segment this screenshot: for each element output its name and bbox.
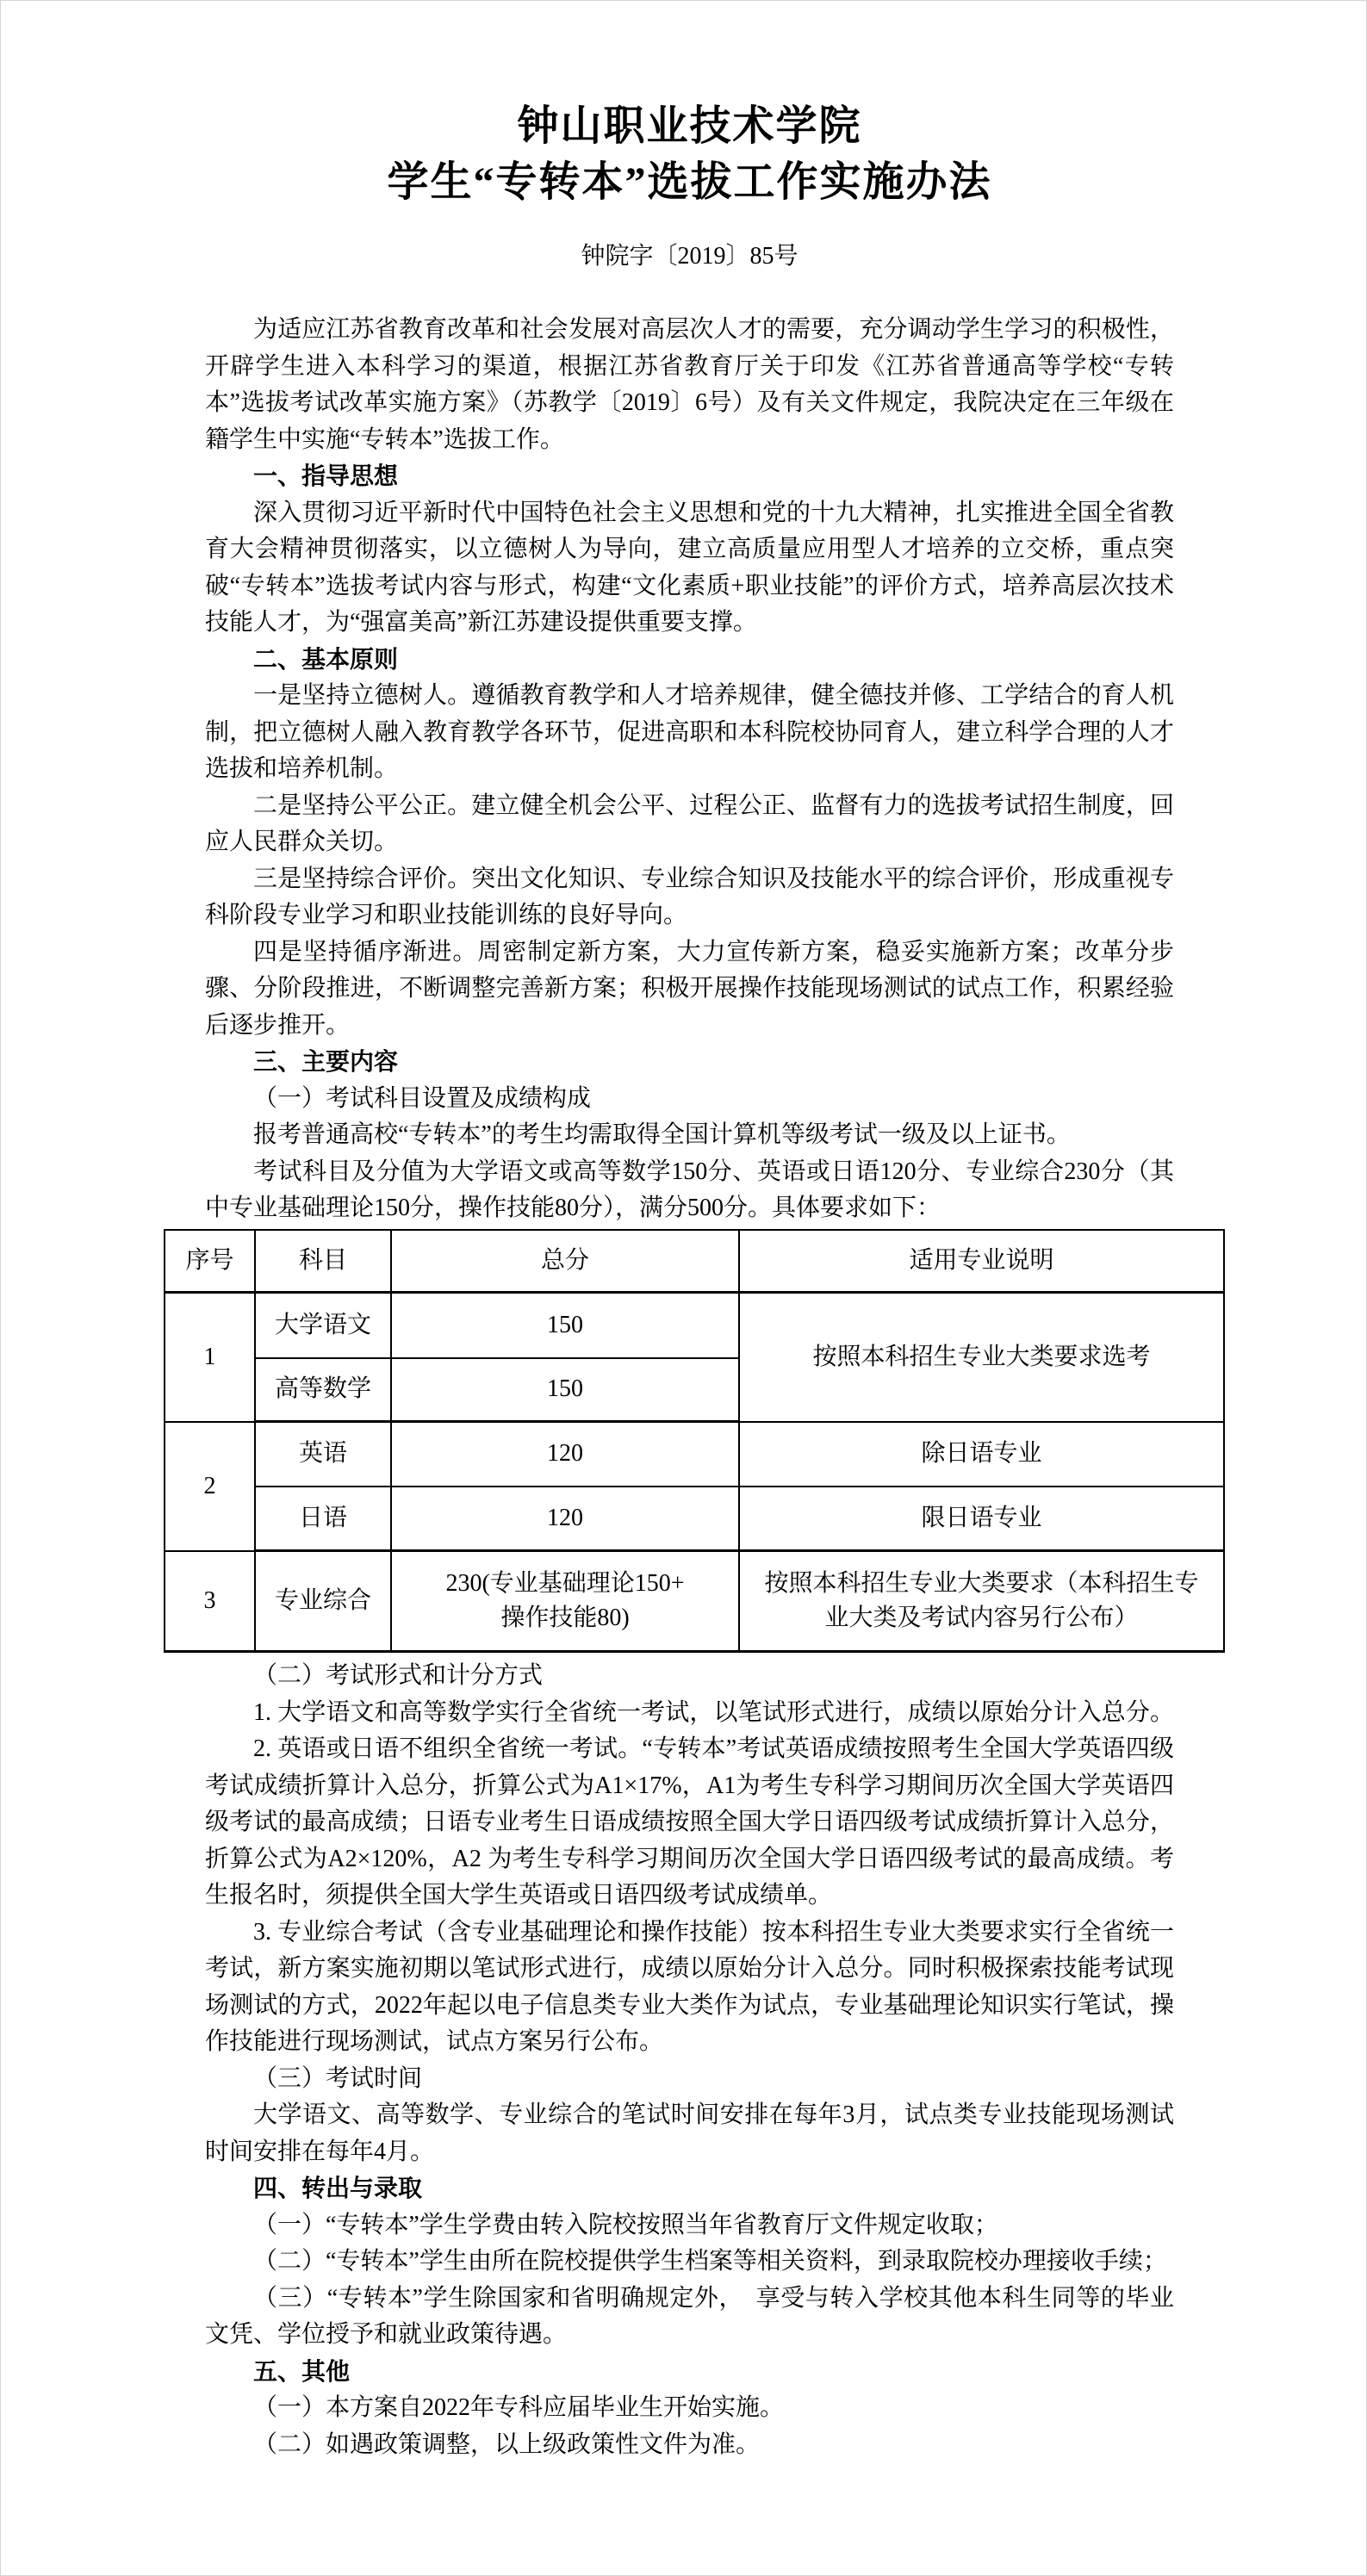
row1-subject-chinese: 大学语文 [255,1293,391,1358]
section-3-heading: 三、主要内容 [205,1044,1174,1081]
principle-4: 四是坚持循序渐进。周密制定新方案，大力宣传新方案，稳妥实施新方案；改革分步骤、分… [205,934,1174,1045]
row2-score-japanese: 120 [391,1487,739,1551]
other-item-1: （一）本方案自2022年专科应届毕业生开始实施。 [205,2390,1174,2427]
col-header-subject: 科目 [255,1230,391,1293]
document-content: 钟山职业技术学院 学生“专转本”选拔工作实施办法 钟院字〔2019〕85号 为适… [1,1,1366,2463]
document-number: 钟院字〔2019〕85号 [205,239,1174,274]
principle-2: 二是坚持公平公正。建立健全机会公平、过程公正、监督有力的选拔考试招生制度，回应人… [205,788,1174,861]
exam-scores-paragraph: 考试科目及分值为大学语文或高等数学150分、英语或日语120分、专业综合230分… [205,1154,1174,1227]
document-body: 为适应江苏省教育改革和社会发展对高层次人才的需要，充分调动学生学习的积极性，开辟… [205,312,1174,2463]
row2-note-japanese: 限日语专业 [739,1487,1224,1551]
section-1-heading: 一、指导思想 [205,458,1174,495]
other-item-2: （二）如遇政策调整，以上级政策性文件为准。 [205,2427,1174,2464]
scoring-item-1: 1. 大学语文和高等数学实行全省统一考试，以笔试形式进行，成绩以原始分计入总分。 [205,1695,1174,1732]
scoring-item-3: 3. 专业综合考试（含专业基础理论和操作技能）按本科招生专业大类要求实行全省统一… [205,1915,1174,2061]
section-1-paragraph: 深入贯彻习近平新时代中国特色社会主义思想和党的十九大精神，扎实推进全国全省教育大… [205,495,1174,642]
row3-num: 3 [165,1551,255,1652]
exam-subjects-table-wrap: 序号 科目 总分 适用专业说明 1 大学语文 150 按照本科招生专业大类要求选… [164,1229,1174,1654]
section-4-heading: 四、转出与录取 [205,2170,1174,2207]
intro-paragraph: 为适应江苏省教育改革和社会发展对高层次人才的需要，充分调动学生学习的积极性，开辟… [205,312,1174,458]
row1-subject-math: 高等数学 [255,1358,391,1422]
col-header-note: 适用专业说明 [739,1230,1224,1293]
row2-note-english: 除日语专业 [739,1422,1224,1487]
transfer-item-2: （二）“专转本”学生由所在院校提供学生档案等相关资料，到录取院校办理接收手续； [205,2244,1174,2281]
row3-score-line1: 230(专业基础理论150+ [392,1567,738,1601]
row2-subject-english: 英语 [255,1422,391,1487]
table-row: 日语 120 限日语专业 [165,1487,1224,1551]
exam-subjects-table: 序号 科目 总分 适用专业说明 1 大学语文 150 按照本科招生专业大类要求选… [164,1229,1225,1654]
table-row: 2 英语 120 除日语专业 [165,1422,1224,1487]
document-page: 钟山职业技术学院 学生“专转本”选拔工作实施办法 钟院字〔2019〕85号 为适… [0,0,1367,2576]
row3-subject-comprehensive: 专业综合 [255,1551,391,1652]
table-row: 1 大学语文 150 按照本科招生专业大类要求选考 [165,1293,1224,1358]
principle-3: 三是坚持综合评价。突出文化知识、专业综合知识及技能水平的综合评价，形成重视专科阶… [205,861,1174,934]
row3-note: 按照本科招生专业大类要求（本科招生专业大类及考试内容另行公布） [739,1551,1224,1652]
section-3-sub-2-heading: （二）考试形式和计分方式 [205,1658,1174,1695]
transfer-item-1: （一）“专转本”学生学费由转入院校按照当年省教育厅文件规定收取； [205,2207,1174,2244]
col-header-score: 总分 [391,1230,739,1293]
section-3-sub-3-heading: （三）考试时间 [205,2061,1174,2098]
row3-score-comprehensive: 230(专业基础理论150+ 操作技能80) [391,1551,739,1652]
title-line-1: 钟山职业技术学院 [205,98,1174,154]
title-line-2: 学生“专转本”选拔工作实施办法 [205,154,1174,210]
transfer-item-3: （三）“专转本”学生除国家和省明确规定外， 享受与转入学校其他本科生同等的毕业文… [205,2281,1174,2354]
exam-time-paragraph: 大学语文、高等数学、专业综合的笔试时间安排在每年3月，试点类专业技能现场测试时间… [205,2097,1174,2170]
section-5-heading: 五、其他 [205,2354,1174,2391]
col-header-num: 序号 [165,1230,255,1293]
exam-certificate-paragraph: 报考普通高校“专转本”的考生均需取得全国计算机等级考试一级及以上证书。 [205,1117,1174,1154]
scoring-item-2: 2. 英语或日语不组织全省统一考试。“专转本”考试英语成绩按照考生全国大学英语四… [205,1731,1174,1915]
row1-num: 1 [165,1293,255,1422]
row2-score-english: 120 [391,1422,739,1487]
section-2-heading: 二、基本原则 [205,642,1174,679]
row1-score-math: 150 [391,1358,739,1422]
table-header-row: 序号 科目 总分 适用专业说明 [165,1230,1224,1293]
section-3-sub-1-heading: （一）考试科目设置及成绩构成 [205,1081,1174,1118]
table-row: 3 专业综合 230(专业基础理论150+ 操作技能80) 按照本科招生专业大类… [165,1551,1224,1652]
row1-note: 按照本科招生专业大类要求选考 [739,1293,1224,1422]
row2-num: 2 [165,1422,255,1551]
row1-score-chinese: 150 [391,1293,739,1358]
row2-subject-japanese: 日语 [255,1487,391,1551]
document-title: 钟山职业技术学院 学生“专转本”选拔工作实施办法 [205,98,1174,210]
row3-score-line2: 操作技能80) [392,1601,738,1636]
principle-1: 一是坚持立德树人。遵循教育教学和人才培养规律，健全德技并修、工学结合的育人机制，… [205,678,1174,788]
